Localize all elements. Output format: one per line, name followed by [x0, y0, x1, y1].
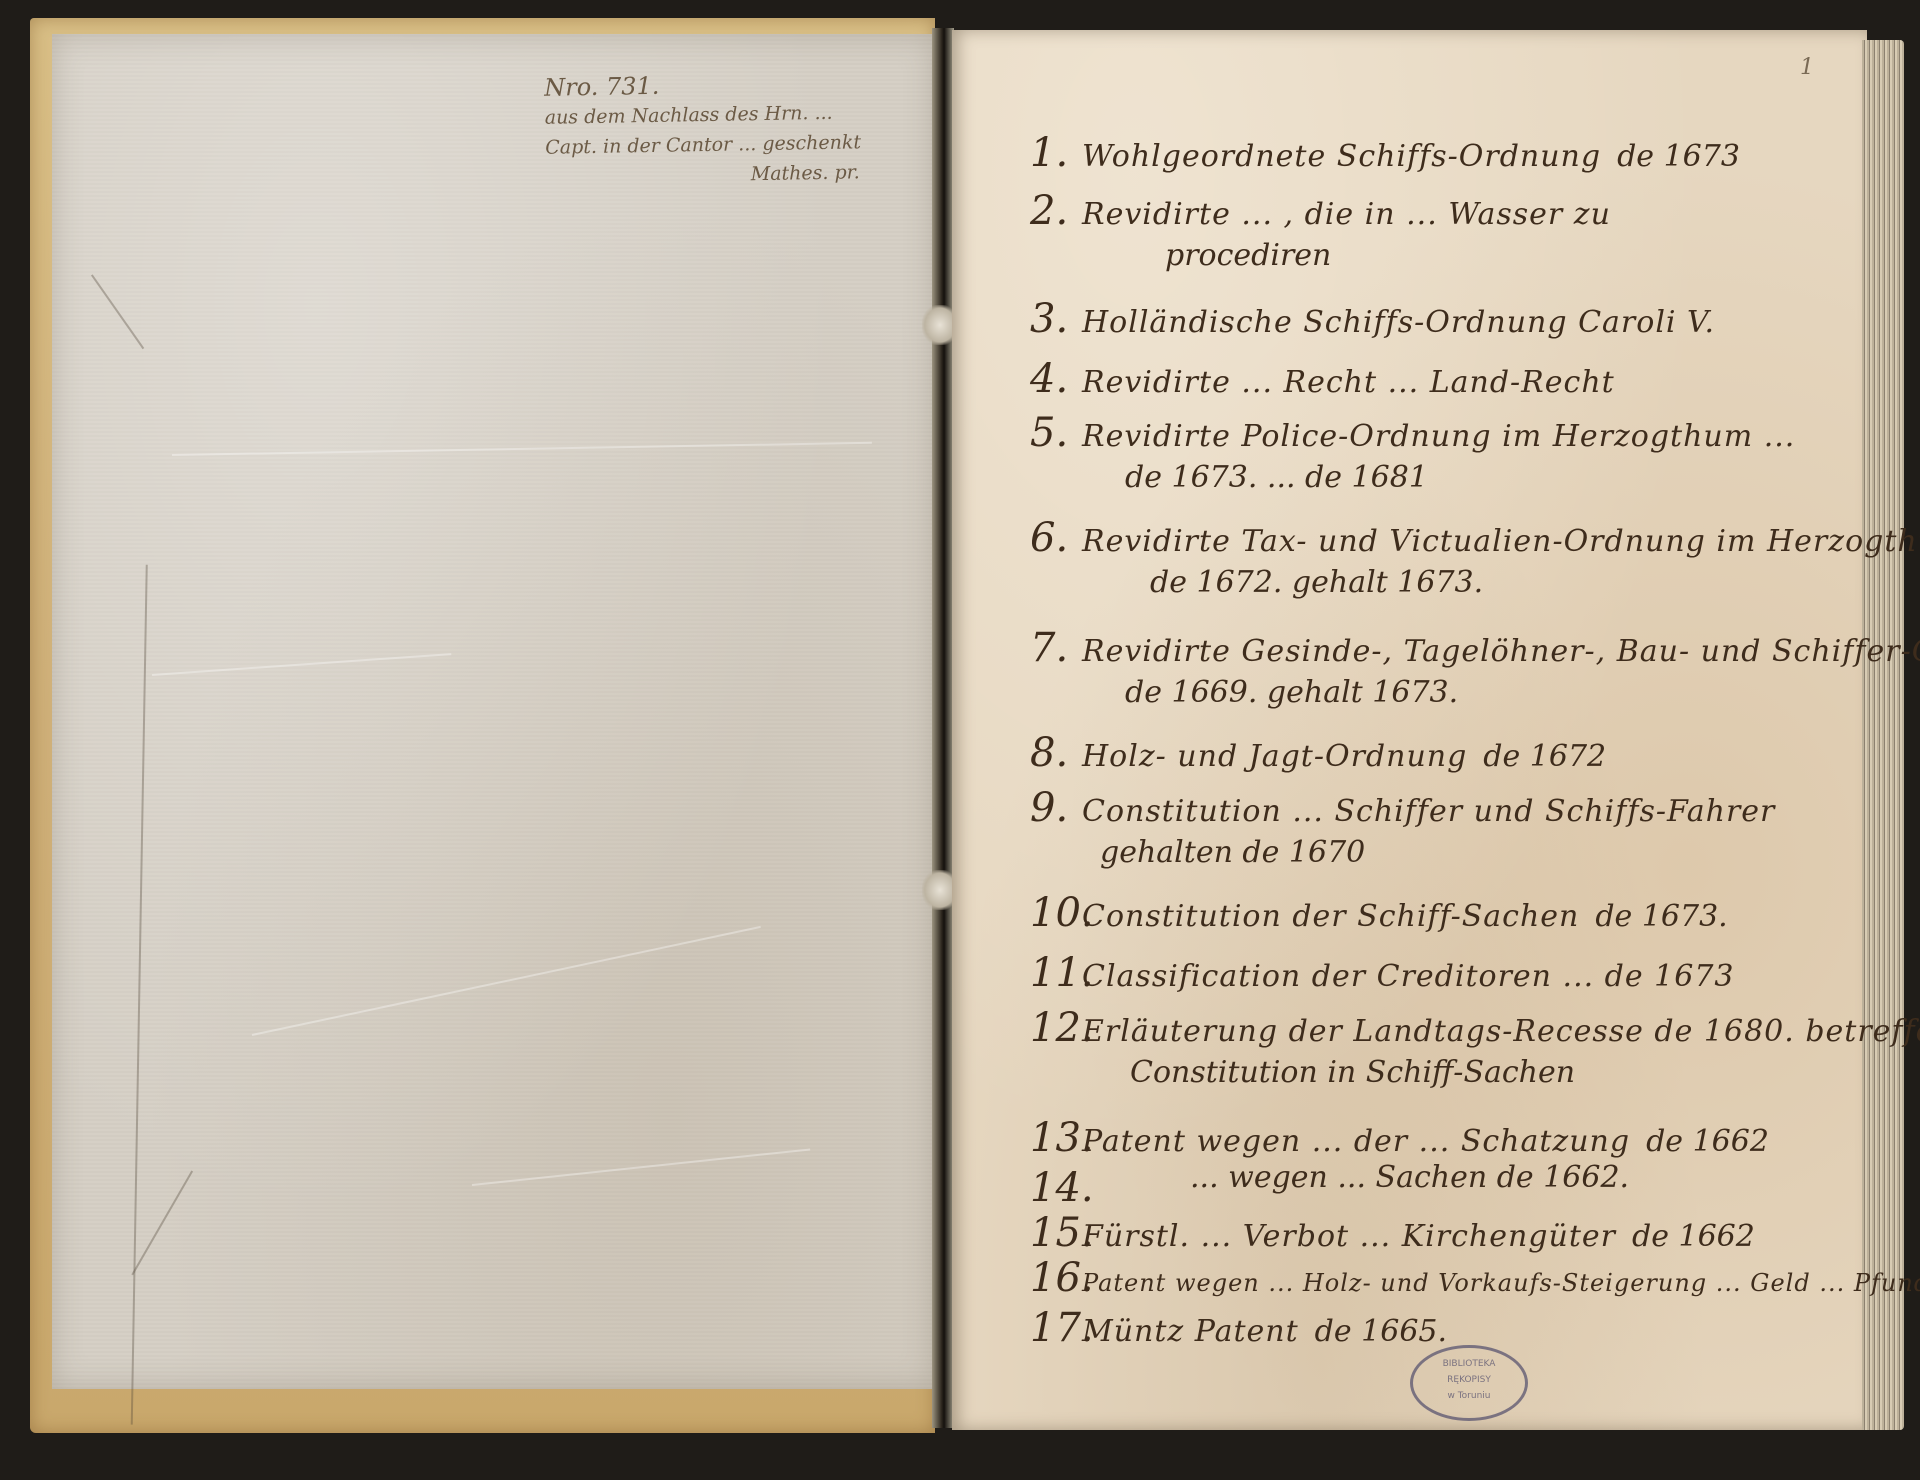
list-item: 17.Müntz Patentde 1665.	[1030, 1305, 1860, 1351]
paper-crease	[252, 926, 761, 1036]
list-item-continuation: Constitution in Schiff-Sachen	[1130, 1055, 1575, 1090]
list-item: 5.Revidirte Police-Ordnung im Herzogthum…	[1030, 410, 1860, 456]
page-edges	[1862, 40, 1904, 1430]
list-item: 1.Wohlgeordnete Schiffs-Ordnungde 1673	[1030, 130, 1860, 176]
list-item: 8.Holz- und Jagt-Ordnungde 1672	[1030, 730, 1860, 776]
list-item-continuation: procediren	[1165, 238, 1331, 273]
list-item: 3.Holländische Schiffs-Ordnung Caroli V.	[1030, 296, 1860, 342]
list-item: 13.Patent wegen ... der ... Schatzungde …	[1030, 1115, 1860, 1161]
paper-crack	[91, 274, 144, 349]
library-stamp: BIBLIOTEKA RĘKOPISY w Toruniu	[1410, 1345, 1528, 1421]
list-item: 10.Constitution der Schiff-Sachende 1673…	[1030, 890, 1860, 936]
list-item: 7.Revidirte Gesinde-, Tagelöhner-, Bau- …	[1030, 625, 1860, 671]
paper-tear	[131, 1170, 192, 1275]
list-item-continuation: de 1673. ... de 1681	[1125, 460, 1428, 495]
list-item: 6.Revidirte Tax- und Victualien-Ordnung …	[1030, 515, 1860, 561]
list-item: 16.Patent wegen ... Holz- und Vorkaufs-S…	[1030, 1255, 1860, 1301]
list-item: 2.Revidirte ... , die in ... Wasser zu	[1030, 188, 1860, 234]
list-item-continuation: de 1672. gehalt 1673.	[1150, 565, 1483, 600]
book-gutter	[932, 28, 954, 1428]
list-item: 9.Constitution ... Schiffer und Schiffs-…	[1030, 785, 1860, 831]
list-item-continuation: de 1669. gehalt 1673.	[1125, 675, 1458, 710]
paper-crease	[152, 653, 451, 676]
provenance-signature: Mathes. pr.	[751, 157, 867, 189]
paper-fold	[131, 565, 148, 1425]
paper-crease	[472, 1148, 810, 1186]
list-item: 4.Revidirte ... Recht ... Land-Recht	[1030, 356, 1860, 402]
list-item: 14.	[1030, 1165, 1860, 1211]
list-item: 11.Classification der Creditoren ... de …	[1030, 950, 1860, 996]
paper-crease	[172, 442, 872, 456]
provenance-note: Nro. 731. aus dem Nachlass des Hrn. ... …	[544, 67, 866, 193]
list-item-continuation: gehalten de 1670	[1100, 835, 1365, 870]
left-pastedown	[52, 34, 934, 1389]
list-item: 15.Fürstl. ... Verbot ... Kirchengüterde…	[1030, 1210, 1860, 1256]
list-item: 12.Erläuterung der Landtags-Recesse de 1…	[1030, 1005, 1860, 1051]
open-book: Nro. 731. aus dem Nachlass des Hrn. ... …	[0, 0, 1920, 1480]
folio-number: 1	[1800, 55, 1814, 80]
